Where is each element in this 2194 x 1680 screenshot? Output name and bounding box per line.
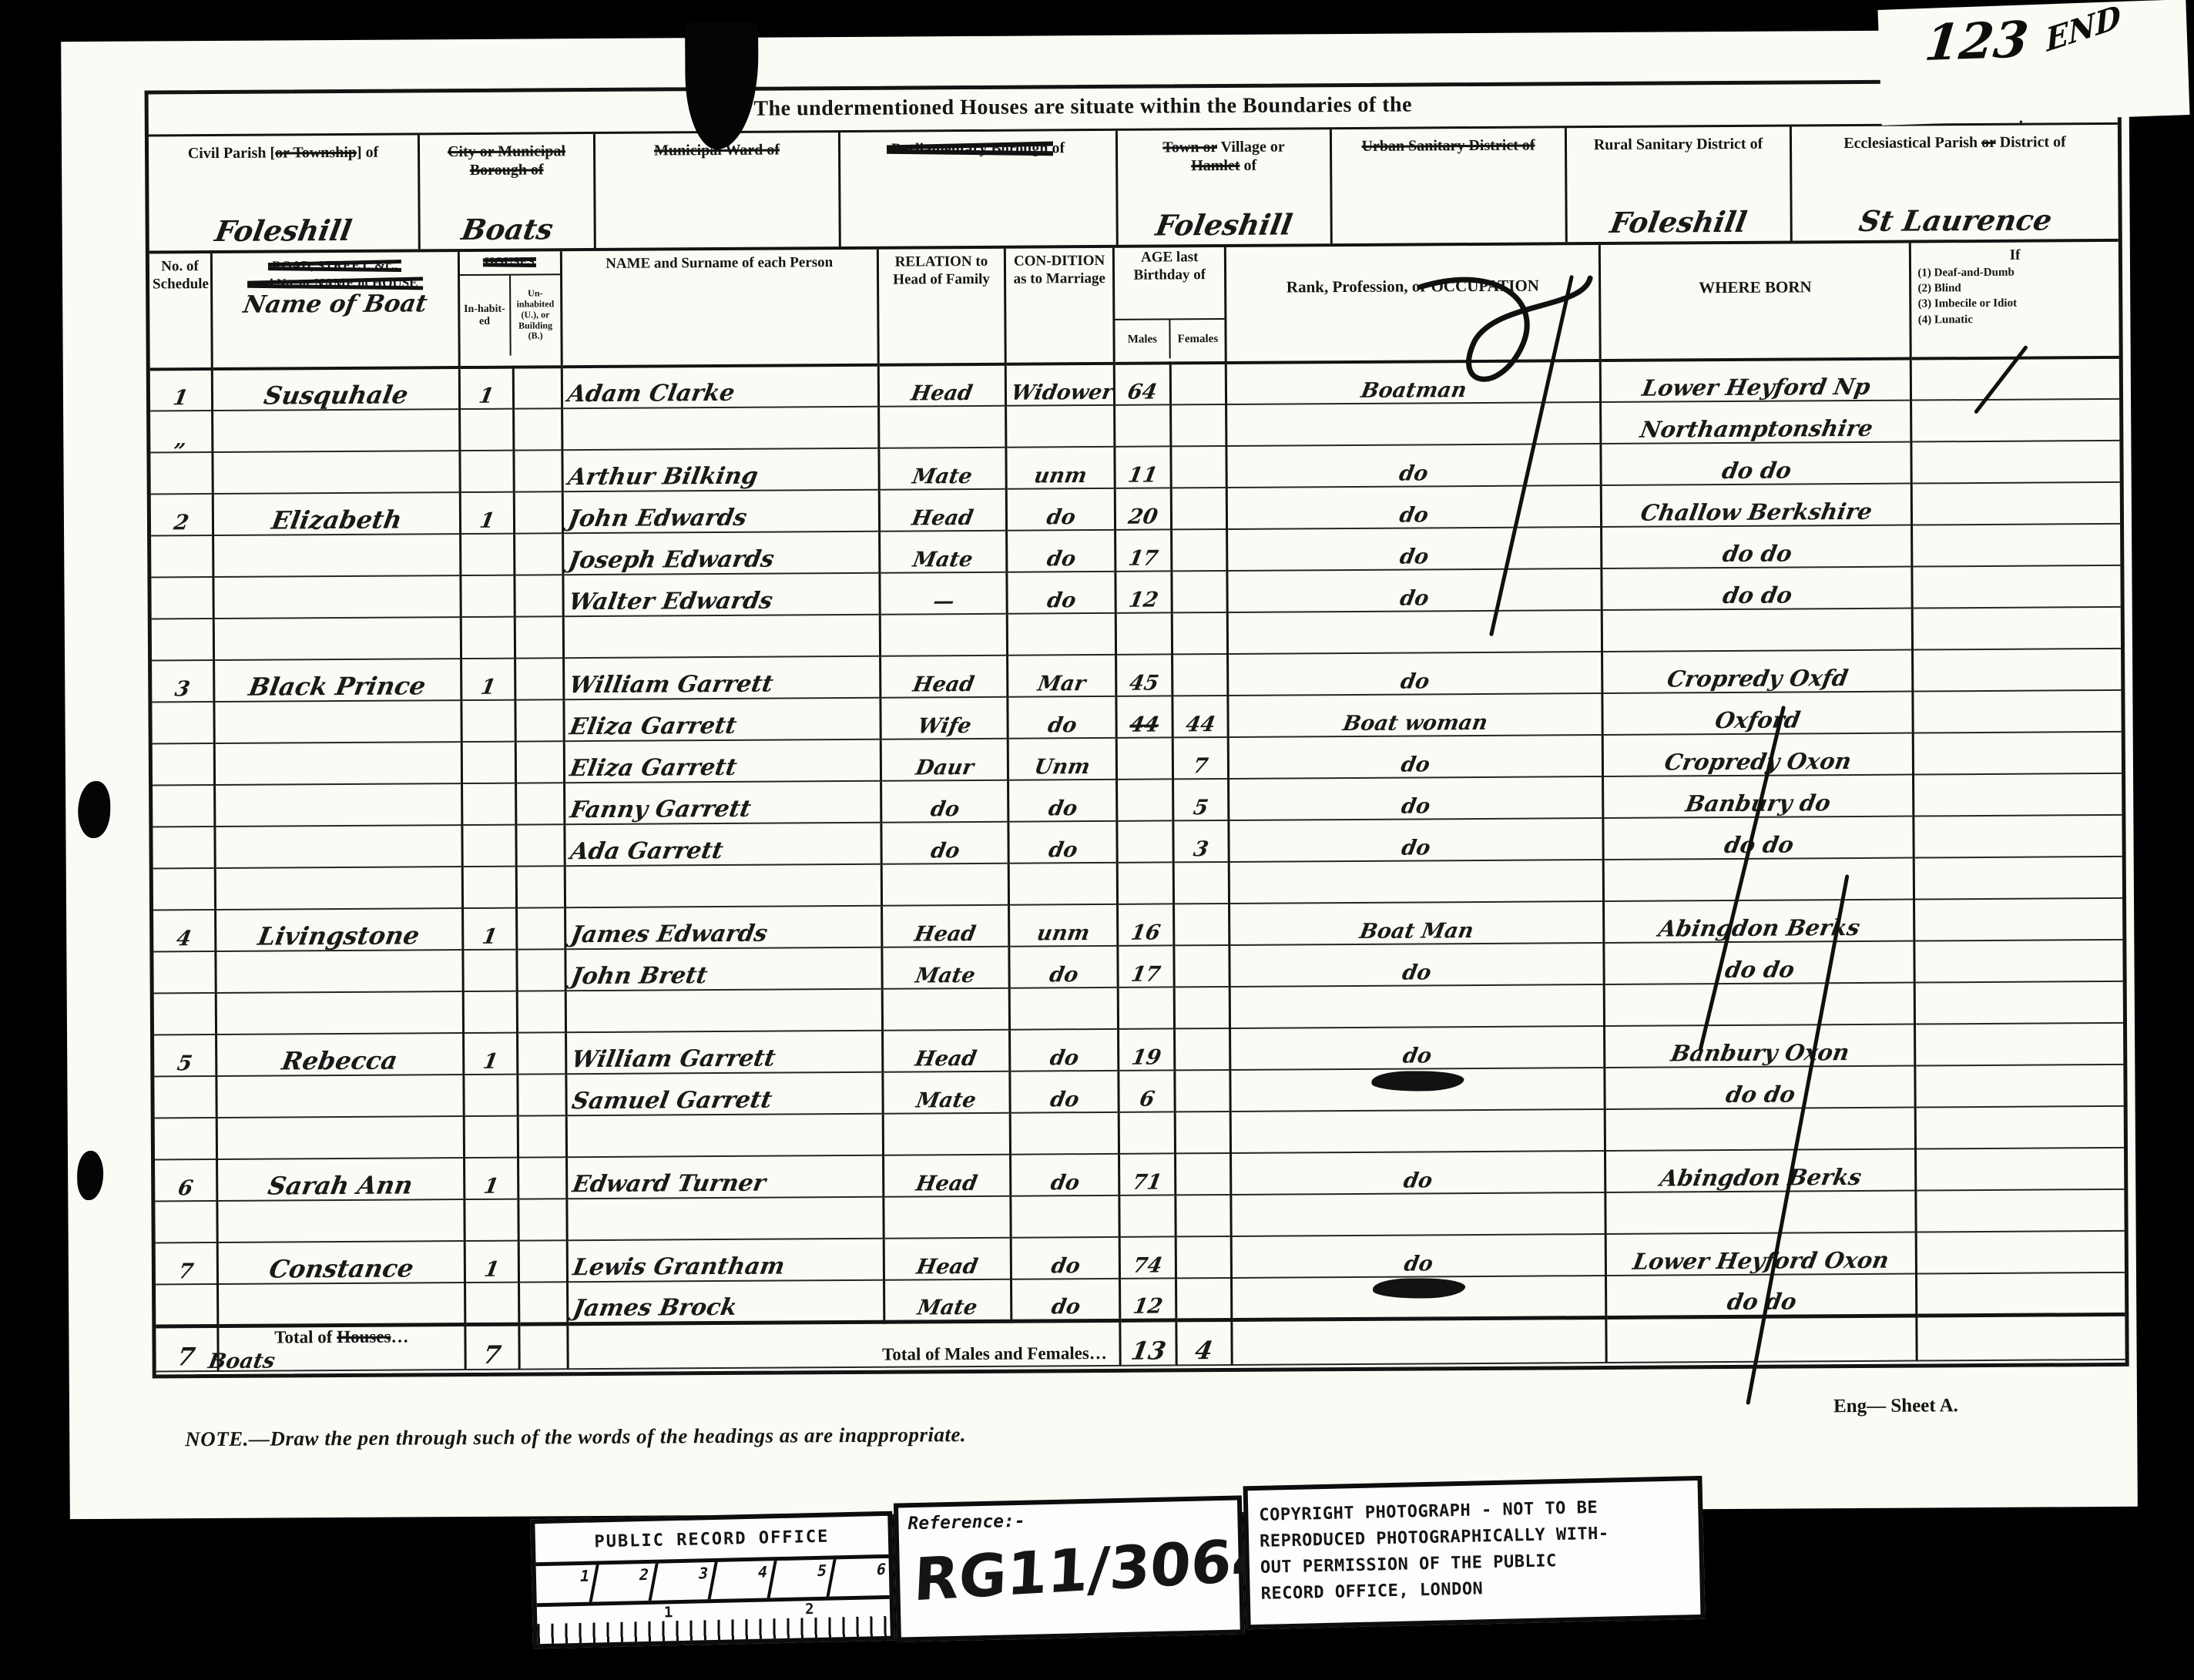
cell-person-name	[566, 1114, 884, 1158]
cell-person-name	[563, 615, 881, 659]
cell-schedule	[154, 993, 216, 1034]
cell-uninhabited	[516, 866, 565, 907]
cell-uninhabited	[517, 991, 565, 1032]
cell-inhabited	[461, 783, 516, 825]
total-females: 4	[1176, 1320, 1233, 1365]
cell-where-born: Oxford	[1602, 692, 1913, 735]
cell-where-born: Banbury Oxon	[1605, 1024, 1915, 1068]
cell-where-born	[1604, 983, 1914, 1026]
cell-uninhabited	[517, 949, 565, 991]
cell-occupation: do	[1230, 943, 1604, 987]
cell-uninhabited	[513, 367, 562, 408]
cell-age-male: 6	[1119, 1070, 1175, 1112]
cell-schedule	[156, 1284, 218, 1326]
cell-age-male: 45	[1116, 654, 1172, 696]
form-title: The undermentioned Houses are situate wi…	[149, 89, 2018, 126]
cell-boat-name	[213, 534, 461, 577]
ecclesiastical-value: St Laurence	[1857, 206, 2054, 236]
cell-boat-name: Susquhale	[212, 367, 459, 411]
col-occupation: Rank, Profession, or OCCUPATION	[1226, 245, 1601, 363]
total-inhabited: 7	[465, 1324, 519, 1370]
cell-inhabited	[463, 950, 518, 991]
cell-uninhabited	[514, 408, 562, 450]
cell-condition: do	[1010, 1071, 1119, 1113]
cell-boat-name: Elizabeth	[213, 492, 460, 535]
cell-inhabited	[464, 1116, 518, 1158]
cell-relation: Head	[879, 489, 1007, 531]
cell-relation	[881, 863, 1009, 906]
cell-uninhabited	[519, 1282, 568, 1323]
village-value: Foleshill	[1154, 210, 1295, 240]
cell-age-female	[1171, 446, 1227, 488]
cell-inhabited: 1	[463, 1033, 518, 1075]
cell-schedule	[153, 868, 216, 910]
cell-relation: Mate	[882, 947, 1010, 989]
cell-occupation: Boat Man	[1230, 901, 1604, 945]
cell-infirmity	[1913, 649, 2122, 692]
cell-uninhabited	[514, 450, 562, 491]
cell-infirmity	[1914, 940, 2123, 983]
cell-uninhabited	[515, 658, 564, 699]
cell-schedule	[153, 951, 216, 993]
cell-schedule	[155, 1201, 217, 1242]
cell-inhabited	[465, 1283, 519, 1324]
cell-person-name: William Garrett	[565, 1031, 883, 1075]
cell-relation: Daur	[881, 739, 1008, 781]
cell-schedule	[151, 535, 213, 577]
cell-inhabited	[461, 700, 516, 742]
cell-age-male: 19	[1119, 1028, 1175, 1070]
ink-blot	[1373, 1278, 1465, 1299]
cell-condition	[1008, 863, 1117, 905]
cell-inhabited	[461, 742, 516, 783]
cell-schedule	[152, 702, 214, 743]
cell-infirmity	[1912, 524, 2121, 567]
cell-occupation	[1230, 1068, 1605, 1112]
cell-relation: Head	[878, 364, 1006, 407]
cell-age-female	[1170, 363, 1226, 404]
cell-condition: do	[1007, 530, 1115, 572]
folio-number: 123	[1922, 11, 2031, 72]
name-of-boat-hand: Name of Boat	[242, 292, 429, 317]
end-annotation: END	[2045, 0, 2122, 59]
cell-schedule	[154, 1076, 216, 1118]
cell-person-name: Eliza Garrett	[564, 698, 881, 742]
cell-boat-name	[214, 742, 461, 785]
cell-boat-name: Rebecca	[216, 1033, 464, 1076]
cell-schedule	[153, 827, 215, 868]
cell-age-male	[1119, 1112, 1175, 1153]
col-name: NAME and Surname of each Person	[561, 250, 878, 367]
cell-person-name: Edward Turner	[566, 1155, 884, 1199]
cell-uninhabited	[517, 907, 565, 949]
cell-boat-name	[213, 575, 461, 619]
cell-boat-name: Constance	[217, 1241, 465, 1284]
cell-relation: Head	[881, 905, 1009, 947]
cell-person-name: James Brock	[567, 1280, 884, 1324]
cell-person-name: Samuel Garrett	[566, 1072, 884, 1116]
cell-condition: do	[1011, 1237, 1119, 1279]
cell-where-born: Northamptonshire	[1601, 401, 1911, 444]
cell-occupation: Boatman	[1226, 360, 1601, 404]
pro-ruler: 12	[537, 1599, 891, 1644]
cell-age-male: 44	[1116, 696, 1172, 737]
cell-occupation	[1226, 402, 1601, 446]
cell-age-male: 17	[1118, 945, 1174, 987]
cell-uninhabited	[515, 616, 563, 658]
cell-where-born: Challow Berkshire	[1601, 484, 1911, 527]
cell-age-male: 64	[1114, 363, 1170, 404]
cell-person-name: Adam Clarke	[562, 365, 879, 409]
cell-person-name: John Edwards	[562, 490, 880, 534]
cell-relation	[882, 988, 1010, 1031]
cell-uninhabited	[518, 1074, 566, 1115]
cell-uninhabited	[515, 741, 564, 783]
cell-where-born: Banbury do	[1603, 775, 1914, 818]
cell-infirmity	[1917, 1273, 2125, 1316]
column-header-row: No. of Schedule ROAD, STREET, &c., and N…	[149, 242, 2119, 370]
col-females: Females	[1171, 320, 1225, 358]
cell-person-name: John Brett	[565, 947, 883, 991]
cell-inhabited	[462, 825, 517, 867]
cell-condition: do	[1009, 946, 1118, 988]
cell-where-born: do do	[1606, 1274, 1917, 1317]
cell-where-born: do do	[1601, 442, 1911, 485]
cell-occupation: do	[1227, 568, 1602, 612]
col-where-born: WHERE BORN	[1599, 243, 1911, 360]
cell-infirmity	[1915, 1106, 2124, 1149]
cell-boat-name	[216, 1075, 464, 1118]
cell-occupation: do	[1228, 652, 1602, 696]
cell-infirmity	[1912, 565, 2121, 609]
cell-boat-name	[215, 825, 462, 868]
cell-relation: Head	[883, 1155, 1011, 1197]
cell-occupation	[1231, 1109, 1605, 1153]
cell-uninhabited	[515, 575, 563, 616]
col-uninhabited: Un-inhabited (U.), or Building (B.)	[511, 275, 561, 355]
cell-age-male	[1117, 820, 1173, 862]
public-record-office-stamp: PUBLIC RECORD OFFICE 123456 12	[530, 1511, 895, 1649]
col-inhabited: In-habit-ed	[460, 275, 512, 355]
cell-condition: unm	[1006, 447, 1115, 489]
cell-age-male: 20	[1115, 488, 1171, 529]
reference-stamp: Reference:- RG11/3064	[894, 1495, 1245, 1641]
cell-where-born: Abingdon Berks	[1605, 1149, 1916, 1192]
cell-occupation: do	[1231, 1151, 1605, 1195]
cell-where-born: do do	[1603, 817, 1914, 860]
cell-infirmity	[1914, 773, 2122, 817]
cell-infirmity	[1916, 1189, 2125, 1232]
cell-uninhabited	[515, 533, 563, 575]
cell-schedule	[155, 1118, 217, 1159]
cell-person-name: Eliza Garrett	[564, 739, 881, 783]
cell-age-female	[1172, 571, 1228, 612]
cell-occupation	[1230, 860, 1604, 904]
cell-age-male	[1117, 862, 1173, 904]
cell-relation: Mate	[883, 1071, 1011, 1114]
cell-age-female	[1175, 1070, 1231, 1112]
cell-uninhabited	[518, 1199, 567, 1240]
cell-condition	[1010, 1112, 1119, 1155]
cell-condition: do	[1008, 780, 1117, 822]
cell-relation: Head	[880, 656, 1008, 698]
cell-uninhabited	[515, 699, 564, 741]
cell-occupation: do	[1232, 1234, 1606, 1278]
cell-age-female	[1172, 612, 1228, 654]
cell-relation: Head	[882, 1030, 1010, 1072]
total-houses-label: Total of Houses… Boats	[218, 1324, 465, 1370]
cell-relation: —	[880, 572, 1008, 615]
cell-infirmity	[1911, 399, 2120, 442]
cell-relation: Mate	[879, 531, 1007, 573]
cell-age-female	[1172, 654, 1228, 696]
cell-schedule: 6	[155, 1159, 217, 1201]
census-table: No. of Schedule ROAD, STREET, &c., and N…	[149, 242, 2125, 1372]
census-rows: 1 Susquhale 1 Adam Clarke Head Widower 6…	[150, 357, 2125, 1326]
cell-age-female: 3	[1173, 820, 1230, 862]
cell-infirmity	[1915, 1023, 2124, 1066]
cell-where-born: do do	[1602, 567, 1912, 610]
cell-uninhabited	[518, 1115, 566, 1157]
cell-where-born	[1602, 609, 1912, 652]
cell-person-name	[567, 1197, 884, 1241]
cell-uninhabited	[518, 1240, 567, 1282]
cell-boat-name	[216, 991, 463, 1034]
cell-person-name	[565, 989, 883, 1033]
cell-person-name: Joseph Edwards	[562, 531, 880, 575]
cell-inhabited	[463, 1075, 518, 1116]
cell-condition: do	[1008, 821, 1117, 863]
col-schedule: No. of Schedule	[149, 253, 213, 369]
cell-relation	[883, 1113, 1011, 1155]
cell-infirmity	[1916, 1148, 2125, 1191]
cell-age-female: 5	[1172, 779, 1229, 820]
cell-age-male	[1115, 612, 1172, 654]
cell-age-male: 74	[1119, 1236, 1176, 1278]
cell-age-female	[1174, 987, 1230, 1028]
cell-relation: Wife	[881, 697, 1008, 739]
cell-age-male: 16	[1118, 904, 1174, 945]
cell-uninhabited	[516, 783, 565, 824]
corner-patch: 123 END	[1878, 0, 2190, 126]
cell-inhabited: 1	[461, 659, 515, 700]
cell-age-male	[1119, 1195, 1176, 1236]
cell-schedule	[151, 577, 213, 619]
cell-boat-name: Sarah Ann	[217, 1158, 465, 1201]
cell-uninhabited	[518, 1157, 567, 1199]
cell-inhabited: 1	[460, 492, 515, 534]
cell-where-born	[1605, 1191, 1916, 1234]
ink-blot	[1371, 1071, 1464, 1091]
cell-person-name: James Edwards	[565, 906, 882, 950]
total-males: 13	[1120, 1320, 1176, 1365]
cell-occupation: do	[1230, 1026, 1605, 1070]
cell-age-male: 12	[1120, 1278, 1176, 1320]
cell-boat-name	[213, 409, 460, 452]
col-males: Males	[1115, 320, 1171, 358]
cell-where-born	[1603, 858, 1914, 901]
cell-condition: do	[1010, 1029, 1119, 1071]
cell-person-name	[562, 407, 879, 451]
cell-infirmity	[1911, 357, 2120, 401]
cell-where-born: Abingdon Berks	[1604, 900, 1914, 943]
cell-inhabited: 1	[464, 1158, 518, 1199]
cell-condition: Widower	[1005, 364, 1114, 406]
cell-infirmity	[1911, 441, 2120, 484]
damage-spot	[77, 1151, 103, 1200]
cell-condition: do	[1008, 696, 1116, 739]
cell-person-name: Lewis Grantham	[567, 1239, 884, 1283]
cell-age-female	[1171, 529, 1227, 571]
cell-where-born: do do	[1602, 525, 1912, 568]
cell-occupation: Boat woman	[1228, 693, 1602, 737]
cell-schedule: 2	[151, 494, 213, 535]
cell-condition: do	[1011, 1279, 1120, 1321]
cell-schedule: 7	[156, 1242, 218, 1284]
total-mf-label: Total of Males and Females…	[568, 1320, 1121, 1369]
cell-occupation	[1230, 984, 1605, 1028]
cell-inhabited	[459, 409, 514, 451]
col-age: AGE last Birthday of Males Females	[1114, 247, 1226, 364]
cell-condition	[1009, 988, 1118, 1030]
cell-infirmity	[1913, 607, 2122, 650]
cell-age-female	[1175, 1112, 1231, 1153]
cell-boat-name	[215, 783, 462, 827]
cell-boat-name	[216, 1116, 464, 1159]
cell-infirmity	[1914, 815, 2122, 858]
cell-relation: Head	[884, 1238, 1011, 1280]
cell-person-name: Fanny Garrett	[564, 781, 881, 825]
cell-age-female	[1173, 904, 1230, 945]
cell-occupation	[1228, 610, 1602, 654]
cell-condition	[1011, 1195, 1119, 1238]
cell-schedule: 5	[154, 1034, 216, 1076]
cell-inhabited	[461, 575, 515, 617]
col-condition: CON-DITION as to Marriage	[1005, 248, 1114, 364]
cell-age-male: 17	[1115, 529, 1172, 571]
civil-parish-cell: Civil Parish [or Township] of Foleshill	[149, 135, 421, 250]
cell-inhabited	[462, 867, 517, 908]
form-footnote: NOTE.—Draw the pen through such of the w…	[185, 1423, 966, 1451]
cell-infirmity	[1913, 690, 2122, 733]
cell-schedule: „	[150, 411, 213, 452]
cell-where-born: do do	[1605, 1066, 1915, 1109]
cell-where-born: Lower Heyford Np	[1600, 359, 1911, 402]
cell-person-name: Arthur Bilking	[562, 448, 880, 492]
cell-where-born: Cropredy Oxfd	[1602, 650, 1913, 693]
cell-schedule	[152, 619, 214, 660]
municipal-borough-cell: City or Municipal Borough of Boats	[420, 134, 596, 249]
cell-schedule	[150, 452, 213, 494]
cell-age-male: 11	[1115, 446, 1171, 488]
col-houses: HOUSES In-habit-ed Un-inhabited (U.), or…	[458, 251, 562, 367]
cell-age-male: 71	[1119, 1153, 1176, 1195]
cell-relation: Mate	[884, 1279, 1011, 1322]
cell-schedule	[153, 785, 215, 827]
cell-inhabited	[461, 617, 515, 659]
cell-age-female	[1175, 1153, 1231, 1195]
cell-condition	[1007, 613, 1115, 656]
reference-number: RG11/3064	[912, 1527, 1273, 1612]
cell-occupation	[1231, 1192, 1605, 1236]
cell-uninhabited	[516, 824, 565, 866]
cell-age-female	[1170, 404, 1226, 446]
cell-age-male	[1116, 737, 1172, 779]
cell-age-male	[1118, 987, 1174, 1028]
cell-condition: unm	[1009, 904, 1118, 947]
cell-where-born: Lower Heyford Oxon	[1605, 1232, 1916, 1276]
cell-infirmity	[1914, 898, 2123, 941]
cell-occupation: do	[1229, 818, 1603, 862]
cell-age-female: 44	[1172, 696, 1229, 737]
cell-inhabited: 1	[465, 1241, 519, 1283]
cell-infirmity	[1915, 1065, 2124, 1108]
cell-infirmity	[1914, 981, 2123, 1024]
cell-age-female	[1171, 488, 1227, 529]
damage-spot	[78, 781, 110, 838]
cell-inhabited	[464, 1199, 518, 1241]
district-header-row: Civil Parish [or Township] of Foleshill …	[149, 125, 2119, 254]
parliamentary-borough-cell: Parliamentary Borough of	[840, 131, 1119, 246]
cell-age-male	[1117, 779, 1173, 820]
cell-where-born	[1605, 1108, 1915, 1151]
cell-age-female: 7	[1172, 737, 1229, 779]
cell-age-female	[1176, 1195, 1232, 1236]
cell-boat-name	[215, 867, 462, 910]
cell-age-female	[1176, 1278, 1232, 1320]
col-relation: RELATION to Head of Family	[877, 249, 1005, 365]
col-name-of-boat: ROAD, STREET, &c., and No. or NAME of HO…	[211, 252, 458, 369]
cell-occupation: do	[1227, 485, 1602, 529]
cell-boat-name	[216, 950, 463, 993]
total-boats-hand: Boats	[206, 1350, 277, 1372]
cell-occupation: do	[1226, 444, 1601, 488]
cell-relation	[880, 614, 1008, 656]
municipal-borough-value: Boats	[459, 215, 555, 244]
town-village-hamlet-cell: Town or Village orHamlet of Foleshill	[1118, 129, 1333, 245]
cell-inhabited	[460, 534, 515, 575]
ecclesiastical-parish-cell: Ecclesiastical Parish or District of St …	[1792, 125, 2119, 241]
cell-occupation	[1232, 1276, 1606, 1320]
cell-boat-name: Livingstone	[216, 908, 463, 951]
cell-condition	[1006, 405, 1115, 448]
cell-age-female	[1176, 1236, 1232, 1278]
cell-infirmity	[1912, 482, 2121, 525]
cell-boat-name	[218, 1283, 465, 1326]
cell-where-born: Cropredy Oxon	[1602, 733, 1913, 776]
cell-age-female	[1174, 1028, 1230, 1070]
cell-boat-name	[217, 1199, 465, 1242]
cell-relation: do	[881, 822, 1009, 864]
cell-where-born: do do	[1604, 941, 1914, 984]
cell-inhabited: 1	[459, 367, 514, 409]
cell-age-male: 12	[1115, 571, 1172, 612]
cell-inhabited	[460, 451, 515, 492]
cell-age-female	[1174, 945, 1230, 987]
cell-relation	[884, 1196, 1011, 1239]
municipal-ward-cell: Municipal Ward of	[595, 132, 841, 248]
cell-relation: Mate	[879, 448, 1007, 490]
cell-relation	[878, 406, 1006, 448]
cell-relation: do	[881, 780, 1008, 823]
census-page: The undermentioned Houses are situate wi…	[61, 29, 2138, 1519]
cell-condition: Mar	[1008, 655, 1116, 697]
cell-occupation: do	[1227, 527, 1602, 571]
cell-person-name: William Garrett	[563, 656, 881, 700]
cell-inhabited: 1	[462, 908, 517, 950]
cell-age-female	[1173, 862, 1230, 904]
cell-uninhabited	[518, 1032, 566, 1074]
